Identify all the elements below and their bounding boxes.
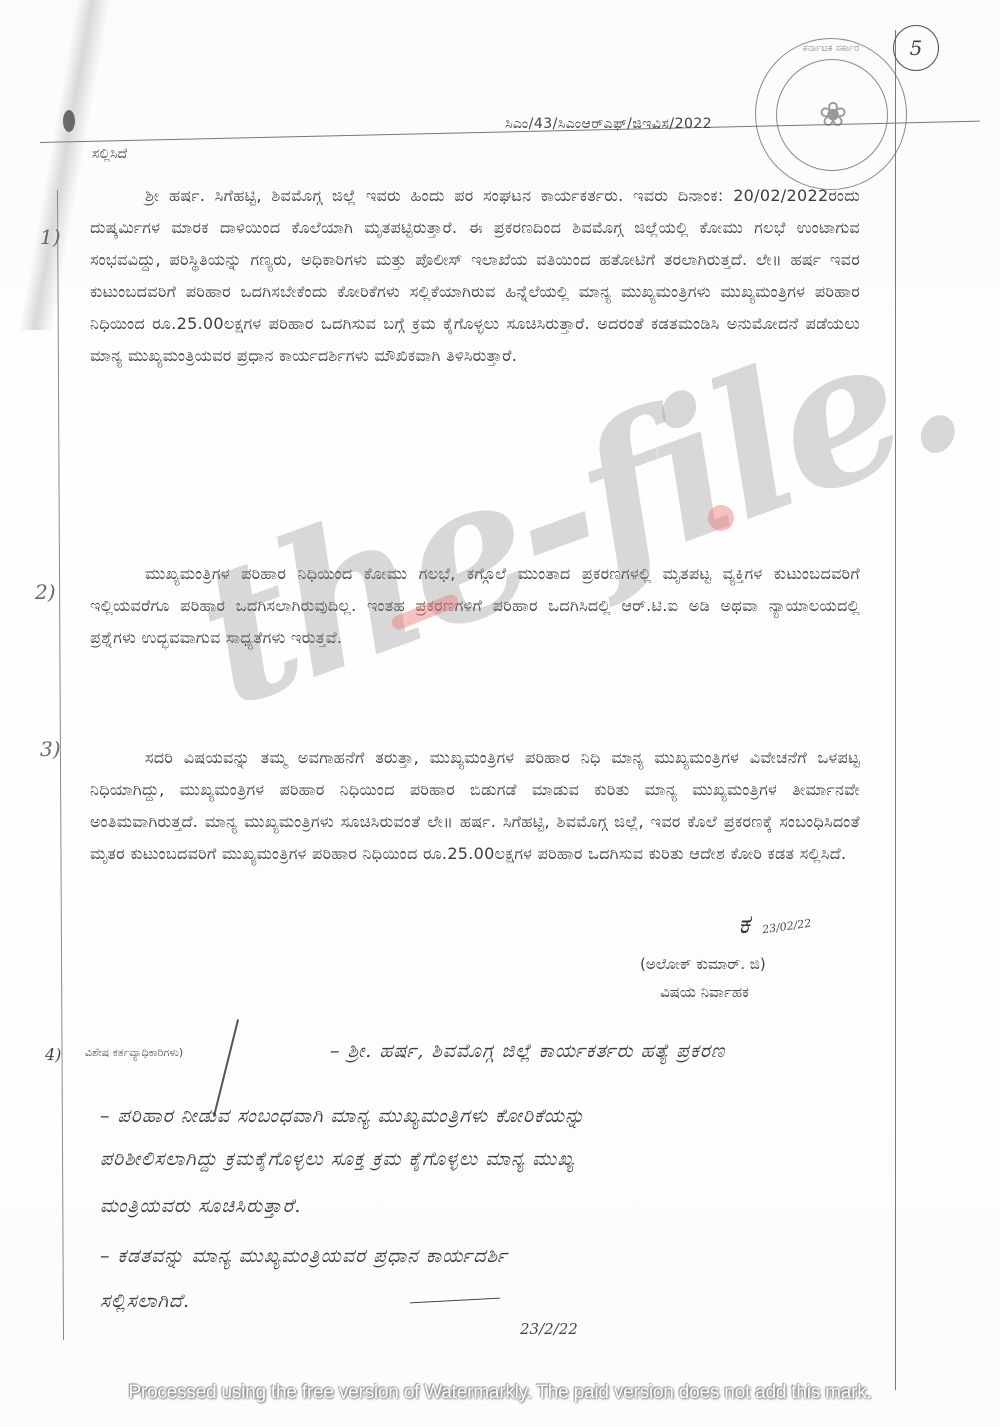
- signature-initial: ಕ: [738, 910, 750, 941]
- pen-stroke: [213, 1019, 239, 1116]
- paragraph-2: ಮುಖ್ಯಮಂತ್ರಿಗಳ ಪರಿಹಾರ ನಿಧಿಯಿಂದ ಕೋಮು ಗಲಭೆ,…: [90, 558, 860, 654]
- handwritten-line: – ಕಡತವನ್ನು ಮಾನ್ಯ ಮುಖ್ಯಮಂತ್ರಿಯವರ ಪ್ರಧಾನ ಕ…: [100, 1245, 508, 1267]
- handwritten-line: – ಪರಿಹಾರ ನೀಡುವ ಸಂಬಂಧವಾಗಿ ಮಾನ್ಯ ಮುಖ್ಯಮಂತ್…: [100, 1105, 585, 1127]
- watermark-accent-dot: [708, 505, 734, 531]
- handwritten-signature-stroke: [410, 1298, 500, 1304]
- paragraph-text: ಶ್ರೀ ಹರ್ಷ. ಸಿಗೆಹಟ್ಟಿ, ಶಿವಮೊಗ್ಗ ಜಿಲ್ಲೆ ಇವ…: [90, 186, 860, 365]
- official-stamp: ಕರ್ನಾಟಕ ಸರ್ಕಾರ ❀: [755, 38, 907, 190]
- file-reference-number: ಸಿಎಂ/43/ಸಿಎಂಆರ್‌ಎಫ್/ಜಿಇವಿಸ/2022: [505, 116, 712, 132]
- handwritten-note-label: ವಿಶೇಷ ಕರ್ತವ್ಯಾಧಿಕಾರಿಗಳು): [85, 1046, 183, 1060]
- paragraph-text: ಮುಖ್ಯಮಂತ್ರಿಗಳ ಪರಿಹಾರ ನಿಧಿಯಿಂದ ಕೋಮು ಗಲಭೆ,…: [90, 564, 860, 647]
- paragraph-text: ಸದರಿ ವಿಷಯವನ್ನು ತಮ್ಮ ಅವಗಾಹನೆಗೆ ತರುತ್ತಾ, ಮ…: [90, 748, 860, 863]
- handwritten-line: – ಶ್ರೀ. ಹರ್ಷ, ಶಿವಮೊಗ್ಗ ಜಿಲ್ಲೆ ಕಾರ್ಯಕರ್ತರ…: [330, 1040, 725, 1062]
- scanned-document-page: 5 ಕರ್ನಾಟಕ ಸರ್ಕಾರ ❀ ಸಿಎಂ/43/ಸಿಎಂಆರ್‌ಎಫ್/ಜ…: [0, 0, 1000, 1427]
- submitted-label: ಸಲ್ಲಿಸಿದೆ: [92, 146, 127, 162]
- signer-name: (ಅಲೋಕ್ ಕುಮಾರ್. ಜಿ): [640, 955, 766, 973]
- paragraph-1: ಶ್ರೀ ಹರ್ಷ. ಸಿಗೆಹಟ್ಟಿ, ಶಿವಮೊಗ್ಗ ಜಿಲ್ಲೆ ಇವ…: [90, 180, 860, 372]
- right-margin-line: [895, 30, 896, 1390]
- watermarkly-footer-notice: Processed using the free version of Wate…: [0, 1382, 1000, 1404]
- signer-designation: ವಿಷಯ ನಿರ್ವಾಹಕ: [660, 983, 749, 1001]
- paragraph-marker: 3): [40, 737, 61, 761]
- state-emblem-icon: ❀: [815, 90, 851, 140]
- paragraph-3: ಸದರಿ ವಿಷಯವನ್ನು ತಮ್ಮ ಅವಗಾಹನೆಗೆ ತರುತ್ತಾ, ಮ…: [90, 742, 860, 870]
- signature-date: 23/02/22: [761, 917, 812, 937]
- paragraph-marker: 2): [35, 580, 56, 604]
- stamp-inner-ring: ❀: [776, 59, 888, 171]
- handwritten-line: ಪರಿಶೀಲಿಸಲಾಗಿದ್ದು ಕ್ರಮಕೈಗೊಳ್ಳಲು ಸೂಕ್ತ ಕ್ರ…: [100, 1148, 575, 1170]
- paragraph-marker: 1): [40, 225, 61, 249]
- handwritten-line: ಸಲ್ಲಿಸಲಾಗಿದೆ.: [100, 1290, 190, 1312]
- stamp-text: ಕರ್ನಾಟಕ ಸರ್ಕಾರ: [756, 43, 906, 54]
- handwritten-line: ಮಂತ್ರಿಯವರು ಸೂಚಿಸಿರುತ್ತಾರೆ.: [100, 1195, 301, 1217]
- punch-hole: [63, 110, 75, 132]
- left-margin-line: [57, 190, 64, 1340]
- handwritten-signature-date: 23/2/22: [520, 1320, 578, 1338]
- paragraph-marker: 4): [45, 1045, 61, 1064]
